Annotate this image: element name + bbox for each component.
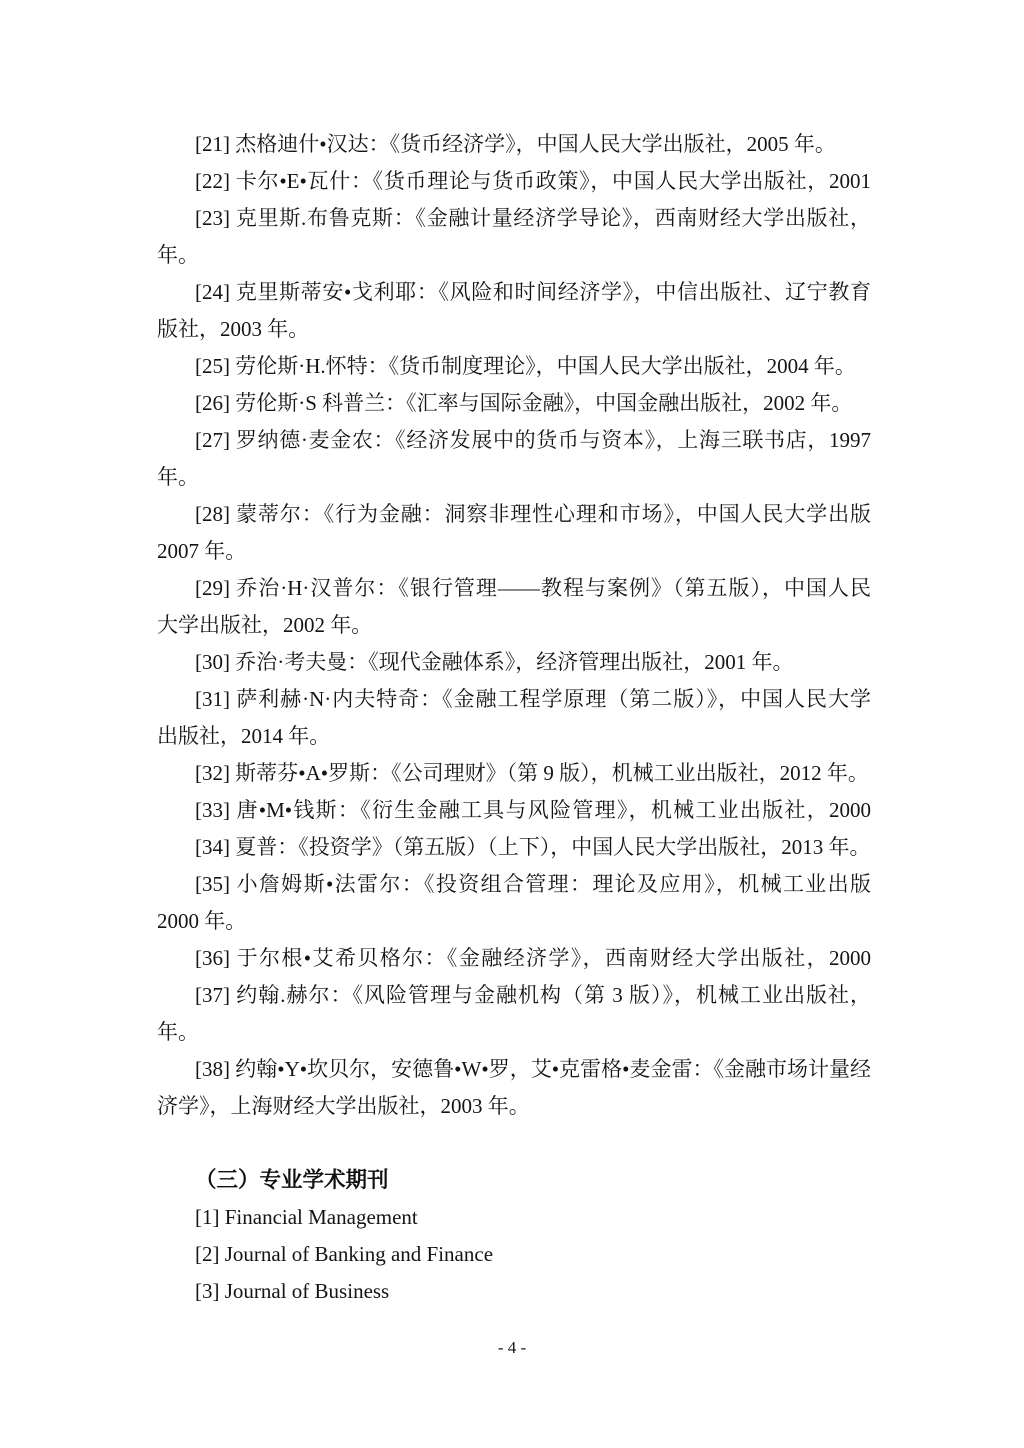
reference-line: 版社，2003 年。 [157, 311, 871, 348]
reference-line: [21] 杰格迪什•汉达：《货币经济学》，中国人民大学出版社，2005 年。 [157, 126, 871, 163]
page-footer: - 4 - [0, 1336, 1024, 1360]
reference-line: 大学出版社，2002 年。 [157, 607, 871, 644]
page-number: - 4 - [498, 1338, 526, 1357]
reference-line: [36] 于尔根•艾希贝格尔：《金融经济学》，西南财经大学出版社，2000 年。 [157, 940, 871, 977]
reference-line: [29] 乔治·H·汉普尔：《银行管理——教程与案例》（第五版），中国人民 [157, 570, 871, 607]
reference-line: [22] 卡尔•E•瓦什：《货币理论与货币政策》，中国人民大学出版社，2001 … [157, 163, 871, 200]
reference-line: 年。 [157, 1014, 871, 1051]
bibliography-list: [21] 杰格迪什•汉达：《货币经济学》，中国人民大学出版社，2005 年。[2… [157, 126, 871, 1125]
page-content: [21] 杰格迪什•汉达：《货币经济学》，中国人民大学出版社，2005 年。[2… [157, 126, 871, 1310]
reference-line: [23] 克里斯.布鲁克斯：《金融计量经济学导论》，西南财经大学出版社，2005 [157, 200, 871, 237]
reference-line: 出版社，2014 年。 [157, 718, 871, 755]
reference-line: [38] 约翰•Y•坎贝尔，安德鲁•W•罗，艾•克雷格•麦金雷：《金融市场计量经 [157, 1051, 871, 1088]
reference-line: [26] 劳伦斯·S 科普兰：《汇率与国际金融》，中国金融出版社，2002 年。 [157, 385, 871, 422]
reference-line: 年。 [157, 459, 871, 496]
reference-line: [25] 劳伦斯·H.怀特：《货币制度理论》，中国人民大学出版社，2004 年。 [157, 348, 871, 385]
journal-item: [3] Journal of Business [157, 1273, 871, 1310]
reference-line: [30] 乔治·考夫曼：《现代金融体系》，经济管理出版社，2001 年。 [157, 644, 871, 681]
reference-line: 济学》，上海财经大学出版社，2003 年。 [157, 1088, 871, 1125]
reference-line: [33] 唐•M•钱斯：《衍生金融工具与风险管理》，机械工业出版社，2000 年… [157, 792, 871, 829]
journal-list: [1] Financial Management[2] Journal of B… [157, 1199, 871, 1310]
reference-line: [37] 约翰.赫尔：《风险管理与金融机构（第 3 版）》，机械工业出版社，20… [157, 977, 871, 1014]
document-page: [21] 杰格迪什•汉达：《货币经济学》，中国人民大学出版社，2005 年。[2… [0, 0, 1024, 1448]
reference-line: [31] 萨利赫·N·内夫特奇：《金融工程学原理（第二版）》，中国人民大学 [157, 681, 871, 718]
reference-line: [34] 夏普：《投资学》（第五版）（上下），中国人民大学出版社，2013 年。 [157, 829, 871, 866]
reference-line: [24] 克里斯蒂安•戈利耶：《风险和时间经济学》，中信出版社、辽宁教育出 [157, 274, 871, 311]
reference-line: [35] 小詹姆斯•法雷尔：《投资组合管理：理论及应用》，机械工业出版社， [157, 866, 871, 903]
reference-line: 2007 年。 [157, 533, 871, 570]
reference-line: 2000 年。 [157, 903, 871, 940]
section-heading-professional-journals: （三）专业学术期刊 [157, 1162, 871, 1199]
reference-line: [32] 斯蒂芬•A•罗斯：《公司理财》（第 9 版），机械工业出版社，2012… [157, 755, 871, 792]
journal-item: [1] Financial Management [157, 1199, 871, 1236]
reference-line: [27] 罗纳德·麦金农：《经济发展中的货币与资本》，上海三联书店，1997 [157, 422, 871, 459]
reference-line: 年。 [157, 237, 871, 274]
journal-item: [2] Journal of Banking and Finance [157, 1236, 871, 1273]
reference-line: [28] 蒙蒂尔：《行为金融：洞察非理性心理和市场》，中国人民大学出版社， [157, 496, 871, 533]
